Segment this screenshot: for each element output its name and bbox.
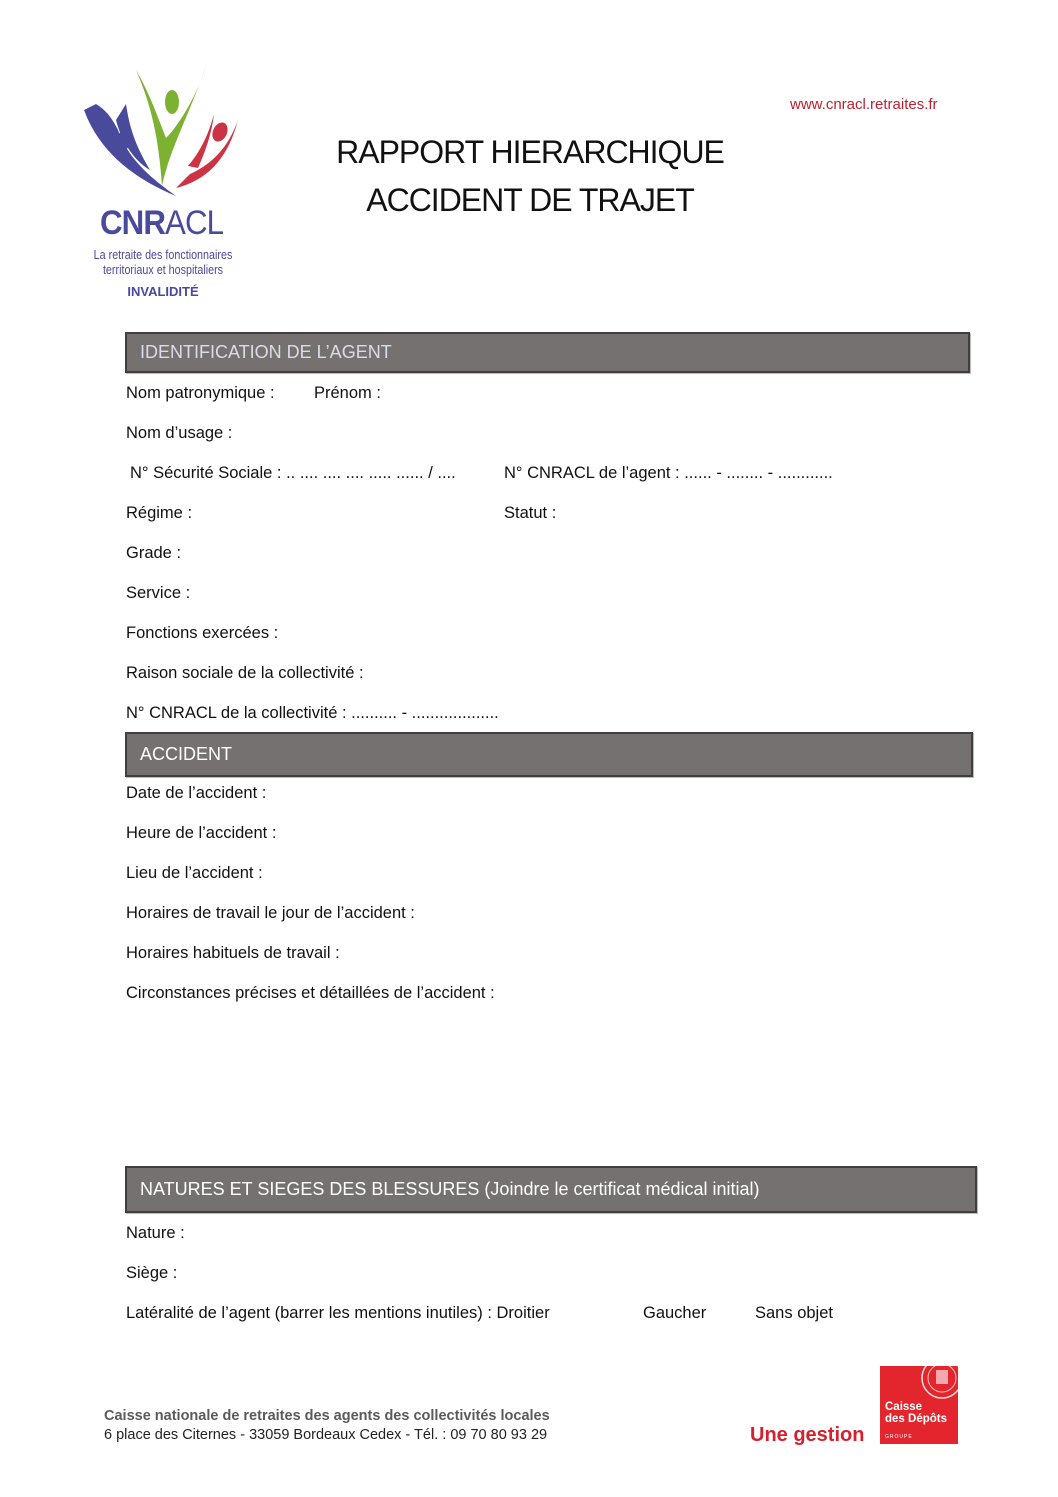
field-horaires-jour: Horaires de travail le jour de l’acciden… — [126, 904, 415, 923]
field-fonctions: Fonctions exercées : — [126, 624, 278, 643]
footer-organisation: Caisse nationale de retraites des agents… — [104, 1408, 550, 1424]
title-line-2: ACCIDENT DE TRAJET — [300, 176, 760, 224]
seal-icon — [916, 1366, 958, 1406]
field-grade: Grade : — [126, 544, 181, 563]
field-date-accident: Date de l’accident : — [126, 784, 266, 803]
field-num-cnracl-collectivite: N° CNRACL de la collectivité : .........… — [126, 704, 499, 723]
field-circonstances: Circonstances précises et détaillées de … — [126, 984, 495, 1003]
field-horaires-habituels: Horaires habituels de travail : — [126, 944, 340, 963]
field-lateralite: Latéralité de l’agent (barrer les mentio… — [126, 1304, 550, 1323]
field-prenom: Prénom : — [314, 384, 381, 403]
document-title: RAPPORT HIERARCHIQUE ACCIDENT DE TRAJET — [300, 128, 760, 224]
field-nom-usage: Nom d’usage : — [126, 424, 232, 443]
option-sans-objet: Sans objet — [755, 1304, 833, 1323]
title-line-1: RAPPORT HIERARCHIQUE — [300, 128, 760, 176]
logo-tagline-1: La retraite des fonctionnaires — [90, 248, 236, 263]
logo-subtitle: INVALIDITÉ — [78, 284, 248, 299]
field-statut: Statut : — [504, 504, 556, 523]
section-header-accident: ACCIDENT — [125, 732, 973, 777]
website-link[interactable]: www.cnracl.retraites.fr — [790, 96, 938, 113]
section-header-identification: IDENTIFICATION DE L’AGENT — [125, 332, 970, 373]
field-siege: Siège : — [126, 1264, 177, 1283]
field-num-cnracl-agent: N° CNRACL de l’agent : ...... - ........… — [504, 464, 833, 483]
cnracl-logo: CNRACL La retraite des fonctionnaires te… — [78, 58, 248, 308]
footer-une-gestion: Une gestion — [750, 1424, 864, 1447]
field-nom-patronymique: Nom patronymique : — [126, 384, 275, 403]
option-gaucher: Gaucher — [643, 1304, 706, 1323]
field-nature: Nature : — [126, 1224, 185, 1243]
caisse-des-depots-logo: Caisse des Dépôts GROUPE — [880, 1366, 958, 1444]
section-header-blessures: NATURES ET SIEGES DES BLESSURES (Joindre… — [125, 1166, 977, 1213]
people-figures-icon — [78, 58, 248, 208]
logo-wordmark: CNRACL — [100, 204, 223, 243]
field-num-secu: N° Sécurité Sociale : .. .... .... .... … — [130, 464, 456, 483]
field-lieu-accident: Lieu de l’accident : — [126, 864, 263, 883]
field-raison-sociale: Raison sociale de la collectivité : — [126, 664, 364, 683]
footer-address: 6 place des Citernes - 33059 Bordeaux Ce… — [104, 1427, 547, 1443]
logo-tagline-2: territoriaux et hospitaliers — [90, 263, 236, 278]
field-heure-accident: Heure de l’accident : — [126, 824, 276, 843]
field-regime: Régime : — [126, 504, 192, 523]
field-service: Service : — [126, 584, 190, 603]
